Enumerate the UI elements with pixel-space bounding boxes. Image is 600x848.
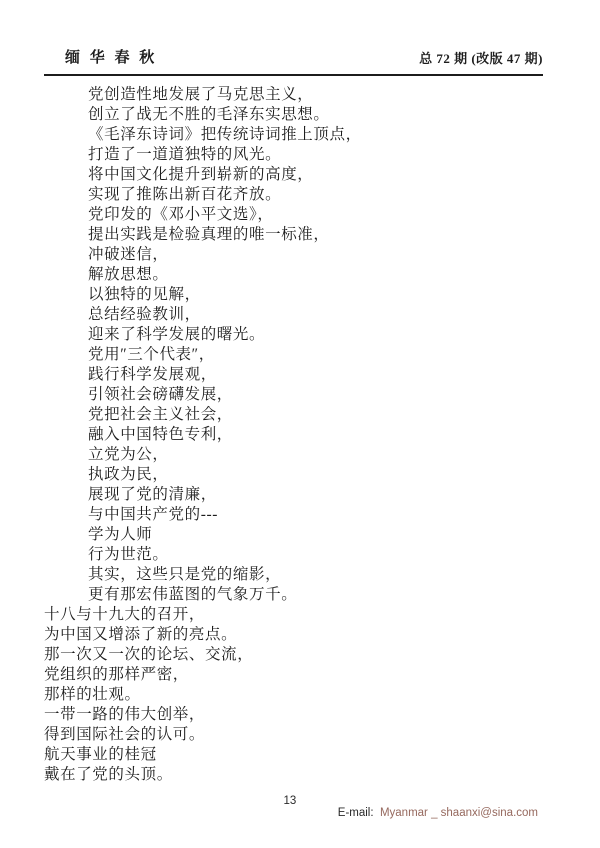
page-header: 缅 华 春 秋 总 72 期 (改版 47 期) <box>44 46 543 76</box>
poem-line: 那样的壮观。 <box>44 685 570 705</box>
poem-line: 党把社会主义社会， <box>44 405 570 425</box>
poem-line: 戴在了党的头顶。 <box>44 765 570 785</box>
poem-line: 提出实践是检验真理的唯一标准， <box>44 225 570 245</box>
poem-line: 与中国共产党的--- <box>44 505 570 525</box>
page-number: 13 <box>284 795 297 807</box>
poem-line: 党创造性地发展了马克思主义， <box>44 85 570 105</box>
poem-line: 党用″三个代表″， <box>44 345 570 365</box>
poem-line: 得到国际社会的认可。 <box>44 725 570 745</box>
poem-line: 航天事业的桂冠 <box>44 745 570 765</box>
document-page: 缅 华 春 秋 总 72 期 (改版 47 期) 党创造性地发展了马克思主义，创… <box>0 0 600 848</box>
poem-line: 更有那宏伟蓝图的气象万千。 <box>44 585 570 605</box>
poem-line: 打造了一道道独特的风光。 <box>44 145 570 165</box>
poem-line: 《毛泽东诗词》把传统诗词推上顶点， <box>44 125 570 145</box>
poem-line: 将中国文化提升到崭新的高度， <box>44 165 570 185</box>
poem-line: 以独特的见解， <box>44 285 570 305</box>
poem-line: 实现了推陈出新百花齐放。 <box>44 185 570 205</box>
poem-line: 行为世范。 <box>44 545 570 565</box>
issue-info: 总 72 期 (改版 47 期) <box>419 48 543 67</box>
poem-line: 学为人师 <box>44 525 570 545</box>
poem-line: 执政为民， <box>44 465 570 485</box>
poem-line: 那一次又一次的论坛、交流， <box>44 645 570 665</box>
email-line: E-mail: Myanmar _ shaanxi@sina.com <box>319 795 538 831</box>
poem-line: 十八与十九大的召开， <box>44 605 570 625</box>
poem-line: 党组织的那样严密， <box>44 665 570 685</box>
poem-line: 立党为公， <box>44 445 570 465</box>
poem-line: 展现了党的清廉， <box>44 485 570 505</box>
poem-line: 引领社会磅礴发展， <box>44 385 570 405</box>
poem-line: 迎来了科学发展的曙光。 <box>44 325 570 345</box>
poem-line: 冲破迷信， <box>44 245 570 265</box>
poem-line: 其实，这些只是党的缩影， <box>44 565 570 585</box>
poem-line: 一带一路的伟大创举， <box>44 705 570 725</box>
poem-line: 融入中国特色专利， <box>44 425 570 445</box>
poem-line: 党印发的《邓小平文选》， <box>44 205 570 225</box>
poem-line: 解放思想。 <box>44 265 570 285</box>
email-address-link[interactable]: Myanmar _ shaanxi@sina.com <box>380 807 538 819</box>
poem-body: 党创造性地发展了马克思主义，创立了战无不胜的毛泽东实思想。《毛泽东诗词》把传统诗… <box>44 85 570 785</box>
email-label: E-mail: <box>338 807 380 819</box>
poem-line: 为中国又增添了新的亮点。 <box>44 625 570 645</box>
page-footer: 13 E-mail: Myanmar _ shaanxi@sina.com <box>44 793 543 811</box>
journal-title: 缅 华 春 秋 <box>44 46 157 67</box>
poem-line: 践行科学发展观， <box>44 365 570 385</box>
poem-line: 创立了战无不胜的毛泽东实思想。 <box>44 105 570 125</box>
poem-line: 总结经验教训， <box>44 305 570 325</box>
